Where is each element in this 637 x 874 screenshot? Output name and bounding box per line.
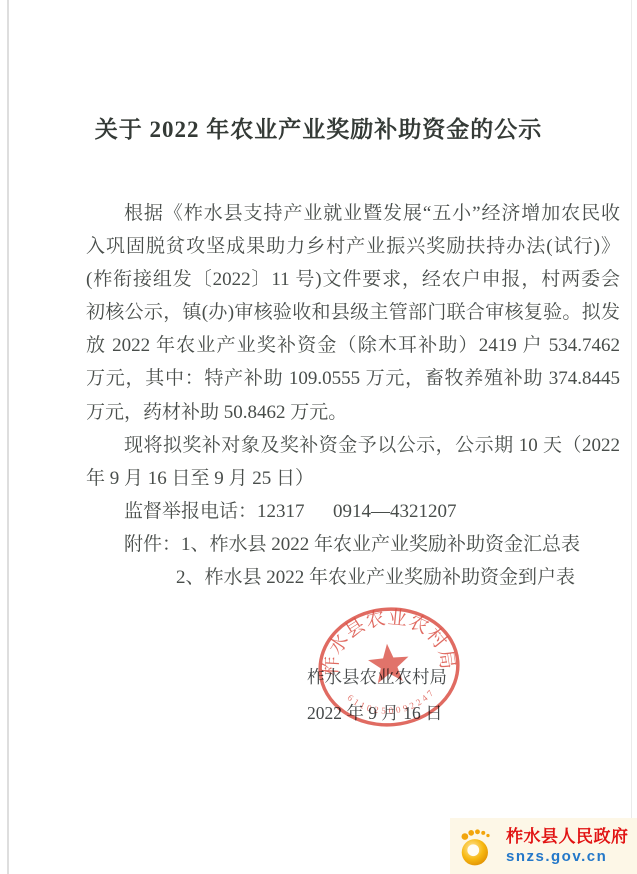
document-line: 万元，药材补助 50.8462 万元。 (86, 396, 620, 429)
document-line: 现将拟奖补对象及奖补资金予以公示，公示期 10 天（2022 (86, 429, 620, 462)
official-seal-stamp: 柞水县农业农村局 6110250092247 (310, 597, 469, 737)
document-page: 关于 2022 年农业产业奖励补助资金的公示 根据《柞水县支持产业就业暨发展“五… (0, 0, 637, 874)
document-line: 附件：1、柞水县 2022 年农业产业奖励补助资金汇总表 (86, 528, 620, 561)
document-line: 年 9 月 16 日至 9 月 25 日） (86, 462, 620, 495)
document-line: 2、柞水县 2022 年农业产业奖励补助资金到户表 (86, 561, 620, 594)
gov-website-label: snzs.gov.cn (506, 847, 629, 866)
document-line: (柞衔接组发〔2022〕11 号)文件要求，经农户申报，村两委会 (86, 263, 620, 296)
footprint-logo-icon (457, 825, 499, 867)
document-line: 入巩固脱贫攻坚成果助力乡村产业振兴奖励扶持办法(试行)》 (86, 230, 620, 263)
seal-star-icon (367, 642, 411, 684)
document-line: 万元，其中：特产补助 109.0555 万元，畜牧养殖补助 374.8445 (86, 362, 620, 395)
document-body: 根据《柞水县支持产业就业暨发展“五小”经济增加农民收入巩固脱贫攻坚成果助力乡村产… (86, 197, 620, 594)
document-title: 关于 2022 年农业产业奖励补助资金的公示 (0, 111, 637, 144)
gov-name-label: 柞水县人民政府 (506, 827, 629, 847)
document-line: 监督举报电话：12317 0914—4321207 (86, 495, 620, 528)
gov-footer-banner[interactable]: 柞水县人民政府 snzs.gov.cn (450, 818, 637, 874)
document-line: 根据《柞水县支持产业就业暨发展“五小”经济增加农民收 (86, 197, 620, 230)
document-line: 放 2022 年农业产业奖补资金（除木耳补助）2419 户 534.7462 (86, 329, 620, 362)
document-line: 初核公示，镇(办)审核验收和县级主管部门联合审核复验。拟发 (86, 296, 620, 329)
